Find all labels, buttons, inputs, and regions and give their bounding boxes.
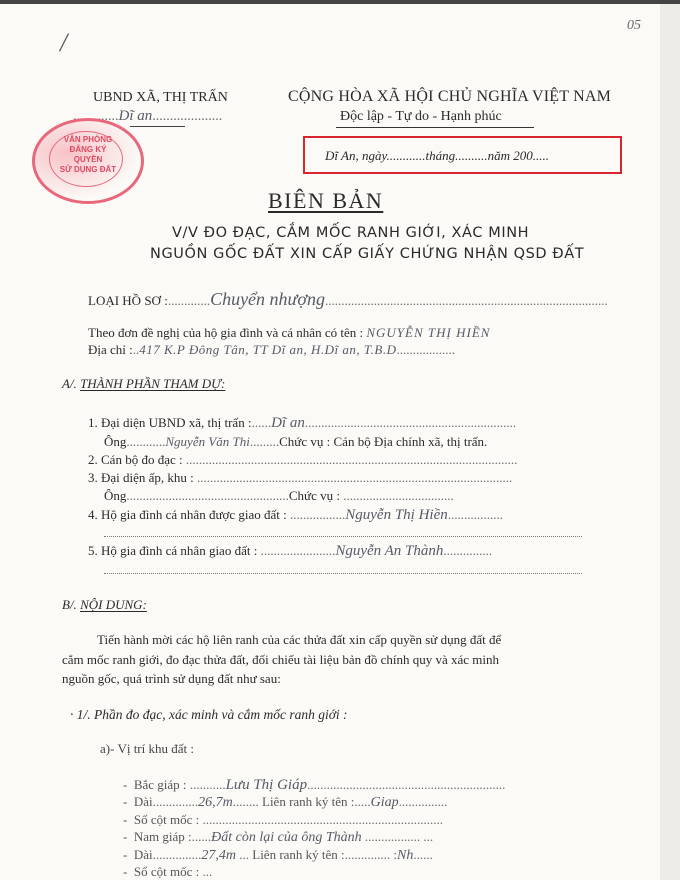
role-value: Cán bộ Địa chính xã, thị trấn. [334,434,488,449]
stamp-line: VĂN PHÒNG [35,135,141,145]
boundary-value: Lưu Thị Giáp [226,777,308,793]
section-a-prefix: A/. [62,376,77,391]
participant-label: Ông [104,434,126,449]
file-type-value: Chuyển nhượng [210,289,325,309]
scan-edge [660,0,680,880]
boundary-label: Nam giáp : [134,829,192,844]
section-a-title: THÀNH PHẦN THAM DỰ: [80,376,225,391]
boundary-value: Đất còn lại của ông Thành [211,830,362,845]
section-b-prefix: B/. [62,597,77,612]
signature: Nh [397,848,413,863]
length-label: Dài [134,847,153,862]
sign-label: Liên ranh ký tên : [262,794,354,809]
official-stamp: VĂN PHÒNG ĐĂNG KÝ QUYỀN SỬ DỤNG ĐẤT [32,118,144,204]
participant-label: 1. Đại diện UBND xã, thị trấn : [88,415,252,430]
participant-row-2: 2. Cán bộ đo đạc : .....................… [88,452,517,468]
participant-row-1b: Ông............Nguyễn Văn Thi.........Ch… [104,434,487,450]
location-label: a)- Vị trí khu đất : [100,741,194,757]
stamp-line: QUYỀN [35,155,141,165]
scan-top-border [0,0,680,4]
date-line: Dĩ An, ngày............tháng..........nă… [325,148,549,164]
page-number: 05 [627,18,641,34]
issuer-label: UBND XÃ, THỊ TRẤN [93,90,228,106]
motto-underline [336,127,534,128]
participant-row-3: 3. Đại diện ấp, khu : ..................… [88,470,512,486]
applicant-row: Theo đơn đề nghị của hộ gia đình và cá n… [88,325,490,341]
applicant-name: NGUYỄN THỊ HIỀN [366,325,490,340]
applicant-label: Theo đơn đề nghị của hộ gia đình và cá n… [88,325,363,340]
participant-value: Nguyễn An Thành [335,543,443,559]
boundary-north-length: - Dài..............26,7m........ Liên ra… [123,794,447,811]
marker-label: Số cột mốc : [134,812,199,827]
national-motto: Độc lập - Tự do - Hạnh phúc [340,109,502,125]
issuer-value: Dĩ an [119,108,153,124]
section-b-heading: B/. NỘI DUNG: [62,597,147,613]
measurement-subheading: · 1/. Phần đo đạc, xác minh và cắm mốc r… [70,707,348,723]
subheading-text: 1/. Phần đo đạc, xác minh và cắm mốc ran… [77,707,348,722]
section-b-title: NỘI DUNG: [80,597,147,612]
subtitle-line-2: NGUỒN GỐC ĐẤT XIN CẤP GIẤY CHỨNG NHẬN QS… [150,246,584,262]
document-title: BIÊN BẢN [268,188,383,214]
stamp-line: SỬ DỤNG ĐẤT [35,165,141,175]
length-label: Dài [134,794,153,809]
content-paragraph-line-3: nguồn gốc, quá trình sử dụng đất như sau… [62,671,281,687]
participant-row-1: 1. Đại diện UBND xã, thị trấn :......Dĩ … [88,415,516,432]
address-row: Địa chỉ :..417 K.P Đông Tân, TT Dĩ an, H… [88,342,455,358]
file-type-row: LOẠI HỒ SƠ :.............Chuyển nhượng..… [88,289,608,310]
participant-value: Nguyễn Thị Hiền [345,507,448,523]
marker-label: Số cột mốc : [134,864,199,879]
participant-label: 2. Cán bộ đo đạc : [88,452,183,467]
participant-row-5: 5. Hộ gia đình cá nhân giao đất : ......… [88,543,492,560]
issuer-underline [130,126,185,127]
signature: Giap [371,795,399,810]
subtitle-line-1: V/V ĐO ĐẠC, CẮM MỐC RANH GIỚI, XÁC MINH [172,225,529,241]
stamp-line: ĐĂNG KÝ [35,145,141,155]
participant-label: 5. Hộ gia đình cá nhân giao đất : [88,543,257,558]
role-label: Chức vụ : [279,434,330,449]
boundary-north-markers: - Số cột mốc : .........................… [123,812,443,828]
participant-row-4: 4. Hộ gia đình cá nhân được giao đất : .… [88,507,503,524]
section-a-heading: A/. THÀNH PHẦN THAM DỰ: [62,376,225,392]
boundary-south-length: - Dài...............27,4m ... Liên ranh … [123,847,433,864]
length-value: 26,7m [198,795,233,810]
participant-label: 3. Đại diện ấp, khu : [88,470,194,485]
boundary-south: - Nam giáp :......Đất còn lại của ông Th… [123,829,433,846]
length-value: 27,4m [201,848,236,863]
role-label: Chức vụ : [289,488,340,503]
file-type-label: LOẠI HỒ SƠ : [88,293,168,308]
blank-dotted-line [104,573,582,574]
address-value: 417 K.P Đông Tân, TT Dĩ an, H.Dĩ an, T.B… [139,342,396,357]
address-label: Địa chỉ : [88,342,133,357]
boundary-label: Bắc giáp : [134,777,187,792]
boundary-north: - Bắc giáp : ...........Lưu Thị Giáp....… [123,777,505,794]
boundary-south-markers: - Số cột mốc : ... [123,864,212,880]
country-name: CỘNG HÒA XÃ HỘI CHỦ NGHĨA VIỆT NAM [288,88,611,106]
sign-label: Liên ranh ký tên : [252,847,344,862]
corner-mark: / [60,28,67,58]
blank-dotted-line [104,536,582,537]
content-paragraph-line-1: Tiến hành mời các hộ liên ranh của các t… [97,632,501,648]
participant-label: 4. Hộ gia đình cá nhân được giao đất : [88,507,287,522]
content-paragraph-line-2: cắm mốc ranh giới, đo đạc thửa đất, đối … [62,652,499,668]
participant-label: Ông [104,488,126,503]
participant-value: Nguyễn Văn Thi [165,434,250,449]
participant-row-3b: Ông.....................................… [104,488,454,504]
participant-value: Dĩ an [271,415,305,431]
